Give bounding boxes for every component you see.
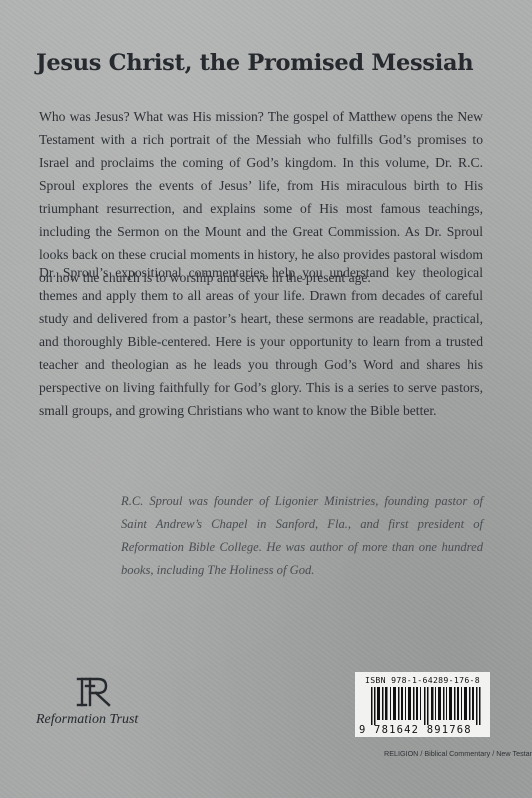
description-paragraph-2: Dr. Sproul’s expositional commentaries h… [39,261,483,422]
publisher-name: Reformation Trust [36,712,166,728]
isbn-barcode: ISBN 978-1-64289-176-8 [355,672,490,737]
isbn-label: ISBN 978-1-64289-176-8 [355,675,490,685]
publisher-block: Reformation Trust [36,676,166,728]
book-title: Jesus Christ, the Promised Messiah [36,50,473,76]
reformation-trust-logo-icon [76,676,116,708]
barcode-bars-icon [371,687,483,725]
category-label: RELIGION / Biblical Commentary / New Tes… [384,749,532,758]
ean-digits: 9 781642 891768 [359,724,486,736]
author-bio: R.C. Sproul was founder of Ligonier Mini… [121,490,483,582]
